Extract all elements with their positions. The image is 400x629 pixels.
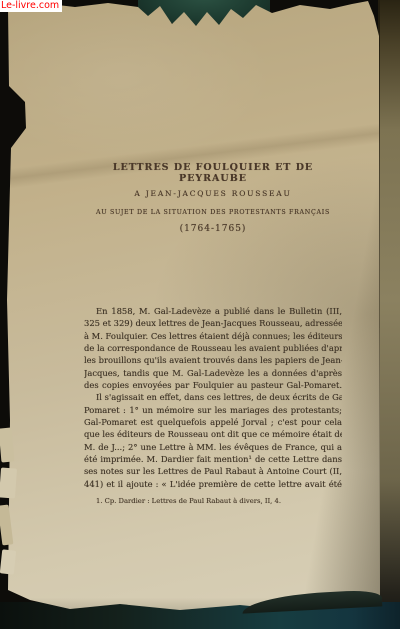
text-line: que les éditeurs de Rousseau ont dit que…: [84, 428, 342, 440]
watermark: Le-livre.com: [0, 0, 62, 12]
text-line: 325 et 329) deux lettres de Jean-Jacques…: [84, 317, 342, 329]
dedication-line: A JEAN-JACQUES ROUSSEAU: [85, 189, 341, 198]
text-line: ses notes sur les Lettres de Paul Rabaut…: [84, 465, 342, 477]
footnote: 1. Cp. Dardier : Lettres de Paul Rabaut …: [96, 497, 281, 505]
text-line: En 1858, M. Gal-Ladevèze a publié dans l…: [84, 305, 342, 317]
text-line: été imprimée. M. Dardier fait mention¹ d…: [84, 453, 342, 465]
page-edge-strip: [378, 0, 400, 629]
text-line: les brouillons qu'ils avaient trouvés da…: [84, 354, 342, 366]
torn-paper-tab: [0, 467, 17, 498]
text-line: des copies envoyées par Foulquier au pas…: [84, 379, 342, 391]
text-line: Il s'agissait en effet, dans ces lettres…: [84, 391, 342, 403]
paper-page: LETTRES DE FOULQUIER ET DE PEYRAUBE A JE…: [0, 0, 400, 629]
page-title: LETTRES DE FOULQUIER ET DE PEYRAUBE: [85, 162, 341, 184]
date-line: (1764-1765): [85, 224, 341, 234]
torn-paper-tab: [0, 549, 16, 574]
scanned-book-page-photo: LETTRES DE FOULQUIER ET DE PEYRAUBE A JE…: [0, 0, 400, 629]
text-line: Gal-Pomaret est quelquefois appelé Jorva…: [84, 416, 342, 428]
text-line: 441) et il ajoute : « L'idée première de…: [84, 478, 342, 490]
body-text: En 1858, M. Gal-Ladevèze a publié dans l…: [84, 305, 342, 490]
subject-line: AU SUJET DE LA SITUATION DES PROTESTANTS…: [85, 209, 341, 216]
text-line: Pomaret : 1° un mémoire sur les mariages…: [84, 404, 342, 416]
text-line: M. de J...; 2° une Lettre à MM. les évêq…: [84, 441, 342, 453]
text-line: à M. Foulquier. Ces lettres étaient déjà…: [84, 330, 342, 342]
text-line: Jacques, tandis que M. Gal-Ladevèze les …: [84, 367, 342, 379]
text-line: de la correspondance de Rousseau les ava…: [84, 342, 342, 354]
